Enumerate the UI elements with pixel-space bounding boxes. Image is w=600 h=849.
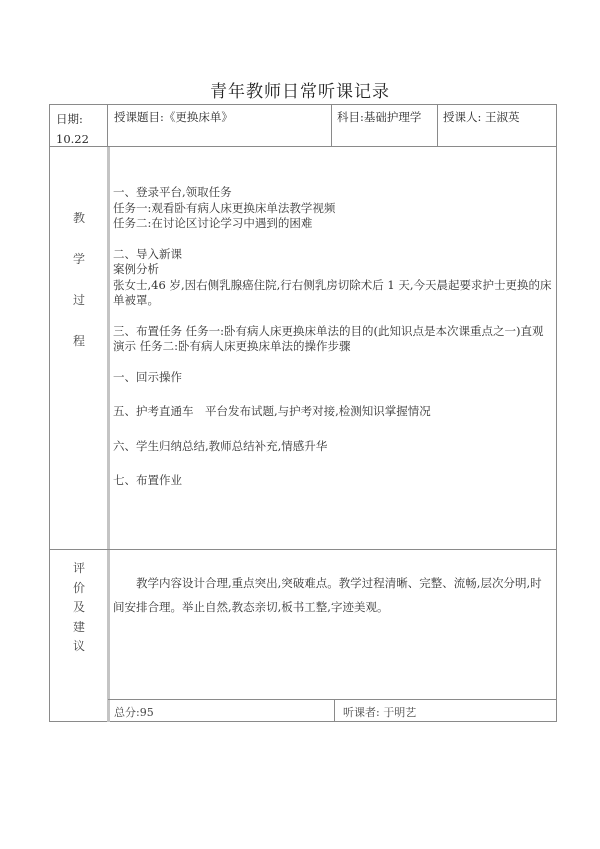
lesson-topic: 授课题目:《更换床单》 — [114, 109, 334, 126]
footer-divider — [334, 699, 335, 722]
total-score: 总分:95 — [114, 704, 334, 721]
evaluation-label-char: 及 — [50, 598, 108, 618]
date-cell: 日期: 10.22 — [56, 109, 108, 149]
process-label-char: 过 — [50, 291, 108, 332]
evaluation-comments: 教学内容设计合理,重点突出,突破难点。教学过程清晰、完整、流畅,层次分明,时间安… — [113, 571, 553, 619]
process-line: 七、布置作业 — [113, 473, 553, 489]
process-line: 一、登录平台,领取任务 — [113, 185, 553, 201]
evaluation-section-label: 评 价 及 建 议 — [50, 559, 108, 657]
process-line: 张女士,46 岁,因右侧乳腺癌住院,行右侧乳房切除术后 1 天,今天晨起要求护士… — [113, 278, 553, 309]
evaluation-label-char: 建 — [50, 618, 108, 638]
process-line: 五、护考直通车 平台发布试题,与护考对接,检测知识掌握情况 — [113, 404, 553, 420]
teacher: 授课人: 王淑英 — [443, 109, 553, 126]
process-line: 六、学生归纳总结,教师总结补充,情感升华 — [113, 439, 553, 455]
process-label-char: 学 — [50, 250, 108, 291]
process-line: 任务一:观看卧有病人床更换床单法教学视频 — [113, 201, 553, 217]
header-row-bottom — [50, 146, 556, 147]
listener: 听课者: 于明艺 — [343, 704, 543, 721]
process-line: 二、导入新课 — [113, 247, 553, 263]
evaluation-label-char: 评 — [50, 559, 108, 579]
process-row-bottom — [50, 549, 556, 550]
process-line: 三、布置任务 任务一:卧有病人床更换床单法的目的(此知识点是本次课重点之一)直观… — [113, 324, 553, 355]
process-line: 一、回示操作 — [113, 370, 553, 386]
process-line: 任务二:在讨论区讨论学习中遇到的困难 — [113, 216, 553, 232]
teaching-process-content: 一、登录平台,领取任务 任务一:观看卧有病人床更换床单法教学视频 任务二:在讨论… — [113, 185, 553, 489]
process-label-char: 程 — [50, 332, 108, 373]
evaluation-label-char: 价 — [50, 579, 108, 599]
date-label: 日期: — [56, 109, 108, 129]
evaluation-row-bottom — [108, 699, 556, 700]
subject: 科目:基础护理学 — [337, 109, 441, 126]
process-section-label: 教 学 过 程 — [50, 209, 108, 373]
evaluation-label-char: 议 — [50, 637, 108, 657]
document-title: 青年教师日常听课记录 — [0, 77, 600, 102]
process-label-char: 教 — [50, 209, 108, 250]
lesson-record-table: 日期: 10.22 授课题目:《更换床单》 科目:基础护理学 授课人: 王淑英 … — [49, 104, 557, 722]
process-line: 案例分析 — [113, 262, 553, 278]
date-value: 10.22 — [56, 129, 108, 149]
